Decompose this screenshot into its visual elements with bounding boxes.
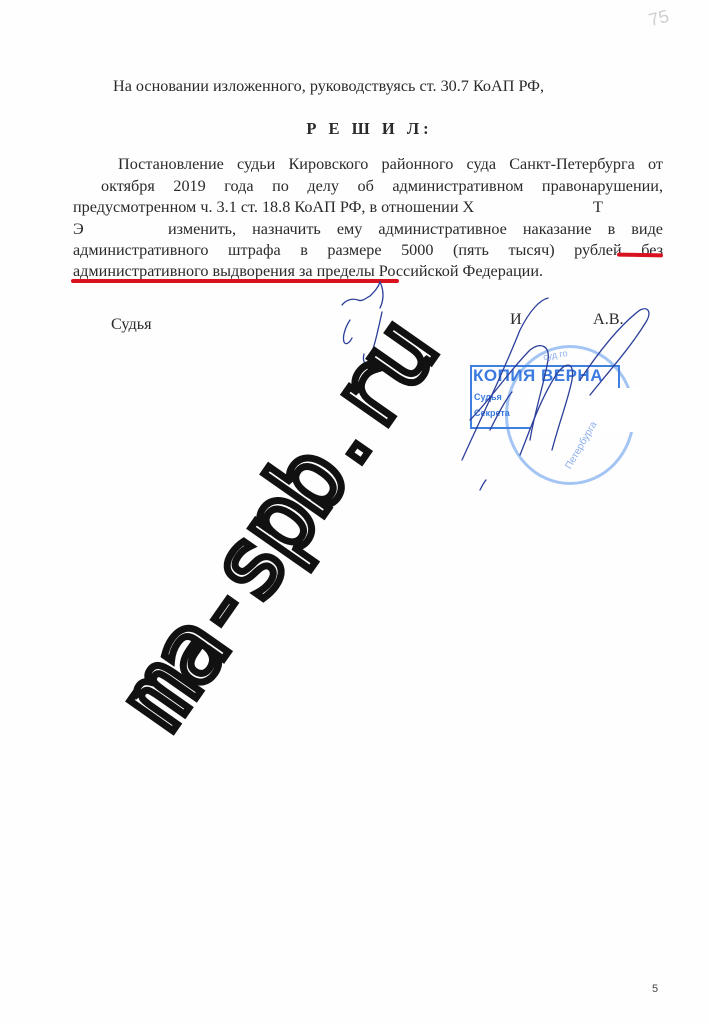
intro-paragraph: На основании изложенного, руководствуясь… [113, 76, 544, 96]
stamp-title: КОПИЯ ВЕРНА [473, 366, 603, 386]
body-line-4: изменить, назначить ему административное… [168, 219, 663, 239]
body-line-3: предусмотренном ч. 3.1 ст. 18.8 КоАП РФ,… [73, 197, 474, 217]
redacted-area [530, 388, 640, 432]
signature-initials: А.В. [593, 309, 624, 329]
page-number: 5 [652, 983, 658, 995]
signature-name-initial: И [510, 309, 522, 329]
stamp-line-judge: Судья [474, 392, 502, 402]
signature-role: Судья [111, 314, 152, 334]
stamp-line-secretary: Секрета [474, 408, 510, 418]
body-line-2: октября 2019 года по делу об администрат… [101, 176, 663, 196]
document-page: 75 На основании изложенного, руководству… [0, 0, 709, 1024]
red-underline-short [617, 253, 663, 258]
corner-handwritten-note: 75 [647, 6, 672, 31]
body-line-6: административного выдворения за пределы … [73, 261, 543, 281]
body-line-3-name-part: Т [593, 197, 603, 217]
watermark-text: ma-spb.ru [97, 302, 456, 748]
decision-heading: Р Е Ш И Л: [0, 119, 709, 139]
red-underline-long [71, 279, 399, 283]
body-line-5: административного штрафа в размере 5000 … [73, 240, 663, 260]
body-line-4-name-part: Э [73, 219, 84, 239]
body-line-1: Постановление судьи Кировского районного… [118, 154, 663, 174]
